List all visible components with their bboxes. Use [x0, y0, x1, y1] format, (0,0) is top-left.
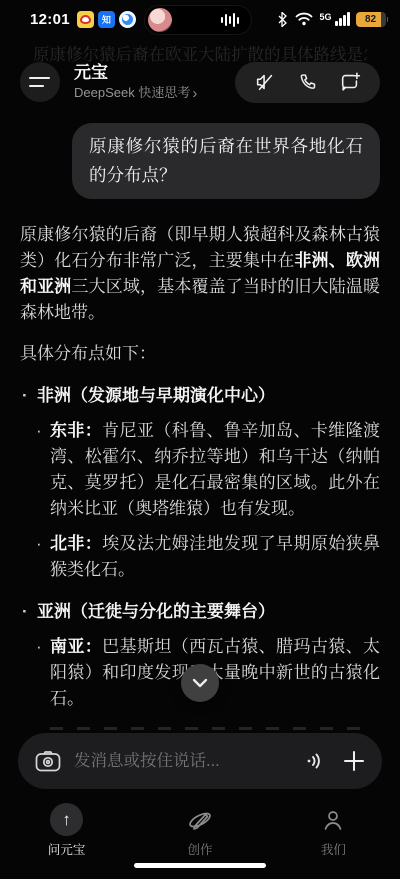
- battery-cap: [387, 17, 389, 22]
- section-africa-title: · 非洲（发源地与早期演化中心）: [20, 383, 380, 409]
- create-icon: [183, 803, 216, 836]
- bullet-icon: ·: [22, 599, 28, 625]
- status-right-icons: 5G 82: [276, 12, 388, 27]
- item-label: 北非：: [50, 534, 102, 553]
- person-icon: [317, 803, 350, 836]
- item-north-africa: ·北非：埃及法尤姆洼地发现了早期原始狭鼻猴类化石。: [36, 531, 380, 583]
- plus-icon: [343, 750, 365, 772]
- scroll-to-bottom-button[interactable]: [181, 664, 219, 702]
- camera-icon: [35, 750, 61, 772]
- notification-icons: 知: [77, 11, 136, 28]
- tab-label: 创作: [187, 840, 212, 858]
- header-action-pill: [235, 62, 380, 103]
- item-label: 南亚：: [50, 637, 102, 656]
- clipped-text-line: [50, 727, 370, 730]
- tab-ask-yuanbao[interactable]: ↑ 问元宝: [0, 799, 133, 861]
- tab-create[interactable]: 创作: [133, 799, 266, 861]
- dynamic-island-call-pill[interactable]: [144, 5, 252, 35]
- item-east-africa: ·东非：肯尼亚（科鲁、鲁辛加岛、卡维隆渡湾、松霍尔、纳乔拉等地）和乌干达（纳帕克…: [36, 418, 380, 522]
- bullet-icon: ·: [22, 383, 28, 409]
- add-attachment-button[interactable]: [343, 750, 365, 772]
- bottom-navigation: ↑ 问元宝 创作 我们: [0, 799, 400, 861]
- model-selector-label: DeepSeek 快速思考: [74, 86, 190, 101]
- menu-button[interactable]: [20, 62, 60, 102]
- bullet-icon: ·: [36, 634, 42, 660]
- item-label: 东非：: [50, 421, 102, 440]
- chevron-right-icon: ›: [192, 86, 197, 101]
- section-title: 亚洲（迁徙与分化的主要舞台）: [37, 602, 275, 621]
- zhihu-icon: 知: [98, 11, 115, 28]
- browser-icon: [119, 11, 136, 28]
- weibo-icon: [77, 11, 94, 28]
- answer-intro-paragraph: 原康修尔猿的后裔（即早期人猿超科及森林古猿类）化石分布非常广泛，主要集中在非洲、…: [20, 222, 380, 326]
- app-screen: 12:01 知 5G: [0, 0, 400, 879]
- bullet-icon: ·: [36, 418, 42, 444]
- wifi-icon: [295, 12, 313, 26]
- chevron-down-icon: [192, 678, 208, 688]
- header-titles: 元宝 DeepSeek 快速思考 ›: [74, 63, 197, 101]
- caller-avatar: [148, 8, 172, 32]
- status-time: 12:01: [30, 11, 70, 28]
- chat-header: 元宝 DeepSeek 快速思考 ›: [0, 56, 400, 108]
- assistant-message: 原康修尔猿的后裔（即早期人猿超科及森林古猿类）化石分布非常广泛，主要集中在非洲、…: [20, 222, 380, 712]
- browser-swirl-glyph: [122, 14, 133, 25]
- message-input-bar: [18, 733, 382, 789]
- intro-text-cont: 三大区域，基本覆盖了当时的旧大陆温暖森林地带。: [20, 277, 380, 322]
- new-chat-icon: [339, 71, 361, 93]
- battery-percent: 82: [356, 12, 386, 27]
- user-message-bubble: 原康修尔猿的后裔在世界各地化石的分布点？: [72, 123, 380, 199]
- message-input[interactable]: [72, 751, 305, 772]
- status-bar: 12:01 知 5G: [0, 0, 400, 38]
- camera-button[interactable]: [35, 750, 61, 772]
- battery-icon: 82: [356, 12, 389, 27]
- phone-icon: [297, 72, 318, 93]
- tab-label: 我们: [321, 840, 346, 858]
- mute-icon: [254, 71, 276, 93]
- voice-input-button[interactable]: [305, 752, 323, 770]
- home-indicator[interactable]: [134, 863, 266, 868]
- mute-button[interactable]: [253, 70, 277, 94]
- network-type: 5G: [319, 12, 331, 22]
- voice-wave-icon: [305, 752, 323, 770]
- section-asia-title: · 亚洲（迁徙与分化的主要舞台）: [20, 599, 380, 625]
- ask-arrow-icon: ↑: [50, 803, 83, 836]
- cellular-signal-icon: 5G: [319, 12, 349, 26]
- bullet-icon: ·: [36, 531, 42, 557]
- weibo-eye-glyph: [80, 15, 91, 24]
- bluetooth-icon: [276, 12, 289, 27]
- model-selector[interactable]: DeepSeek 快速思考 ›: [74, 86, 197, 101]
- voice-call-button[interactable]: [296, 70, 320, 94]
- tab-us[interactable]: 我们: [267, 799, 400, 861]
- new-chat-button[interactable]: [338, 70, 362, 94]
- audio-waveform-icon: [221, 13, 239, 27]
- tab-label: 问元宝: [48, 840, 86, 858]
- app-title: 元宝: [74, 63, 197, 83]
- answer-lead-line: 具体分布点如下：: [20, 341, 380, 367]
- section-title: 非洲（发源地与早期演化中心）: [37, 386, 275, 405]
